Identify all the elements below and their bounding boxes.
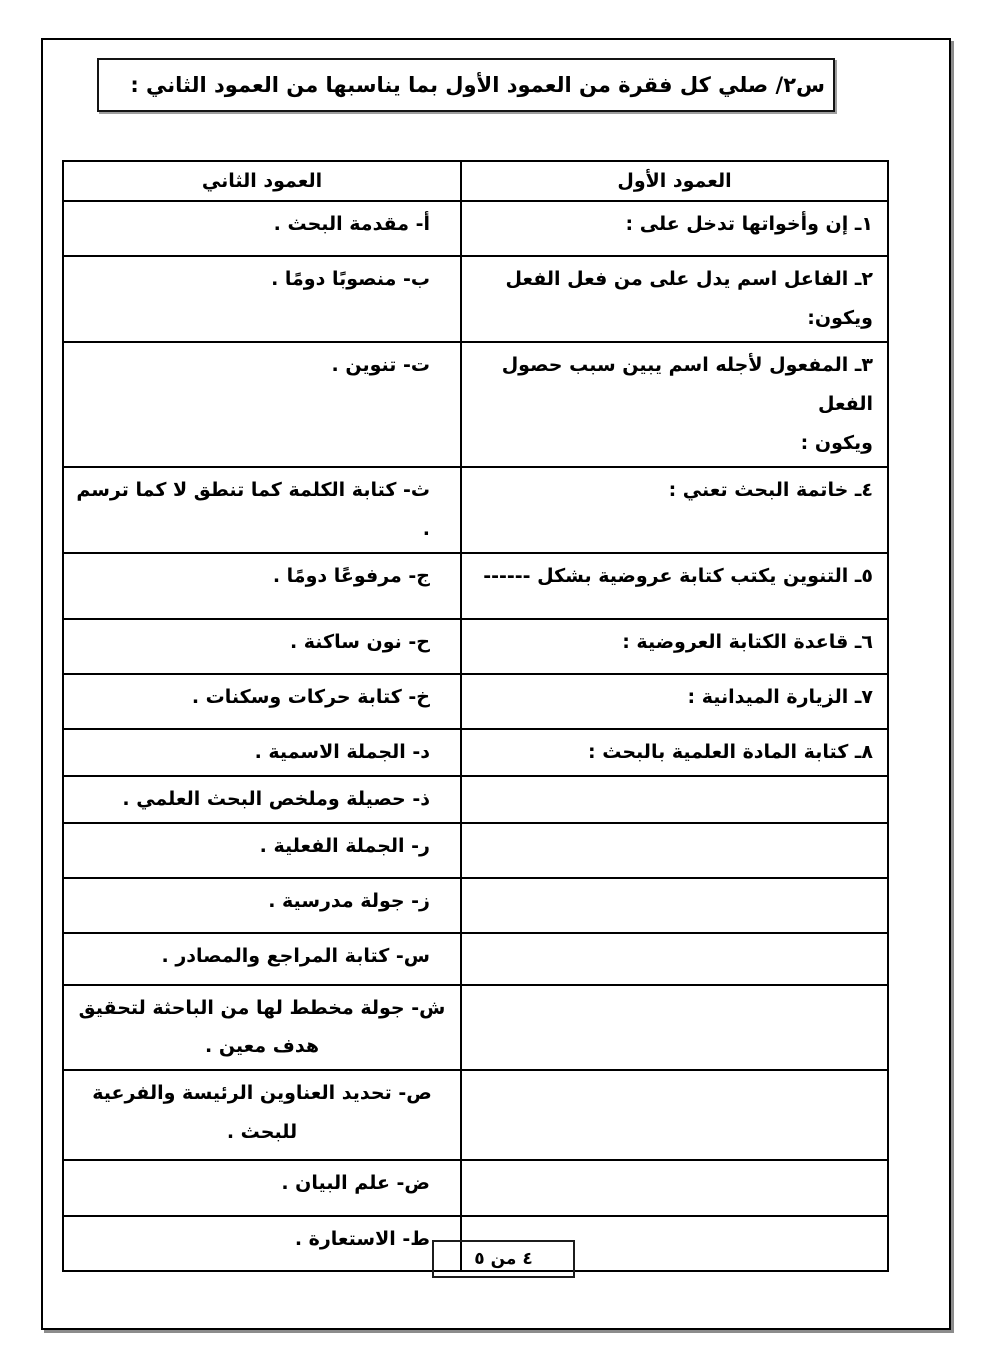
page-number: ٤ من ٥ bbox=[474, 1249, 532, 1269]
table-row: ٣ـ المفعول لأجله اسم يبين سبب حصول الفعل… bbox=[63, 342, 888, 467]
second-column-cell: ح- نون ساكنة . bbox=[63, 619, 461, 674]
page-border: س٢/ صلي كل فقرة من العمود الأول بما يناس… bbox=[41, 38, 951, 1330]
document-page: س٢/ صلي كل فقرة من العمود الأول بما يناس… bbox=[0, 0, 992, 1370]
first-column-cell bbox=[461, 985, 888, 1071]
table-row: ش- جولة مخطط لها من الباحثة لتحقيق هدف م… bbox=[63, 985, 888, 1071]
question-title: س٢/ صلي كل فقرة من العمود الأول بما يناس… bbox=[130, 73, 825, 97]
second-column-cell: ش- جولة مخطط لها من الباحثة لتحقيق هدف م… bbox=[63, 985, 461, 1071]
second-column-cell: ص- تحديد العناوين الرئيسة والفرعية للبحث… bbox=[63, 1070, 461, 1160]
first-column-cell: ٤ـ خاتمة البحث تعني : bbox=[461, 467, 888, 553]
second-column-cell: ط- الاستعارة . bbox=[63, 1216, 461, 1271]
first-column-header: العمود الأول bbox=[461, 161, 888, 201]
second-column-header: العمود الثاني bbox=[63, 161, 461, 201]
table-row: ٢ـ الفاعل اسم يدل على من فعل الفعل ويكون… bbox=[63, 256, 888, 342]
second-column-cell: د- الجملة الاسمية . bbox=[63, 729, 461, 776]
table-row: ٤ـ خاتمة البحث تعني : ث- كتابة الكلمة كم… bbox=[63, 467, 888, 553]
question-title-box: س٢/ صلي كل فقرة من العمود الأول بما يناس… bbox=[97, 58, 835, 112]
page-number-box: ٤ من ٥ bbox=[432, 1240, 575, 1278]
first-column-cell bbox=[461, 1160, 888, 1216]
first-column-cell: ٨ـ كتابة المادة العلمية بالبحث : bbox=[461, 729, 888, 776]
first-column-cell bbox=[461, 776, 888, 823]
table-row: ١ـ إن وأخواتها تدخل على : أ- مقدمة البحث… bbox=[63, 201, 888, 256]
table-header-row: العمود الأول العمود الثاني bbox=[63, 161, 888, 201]
first-column-cell: ٣ـ المفعول لأجله اسم يبين سبب حصول الفعل… bbox=[461, 342, 888, 467]
table-row: ز- جولة مدرسية . bbox=[63, 878, 888, 933]
second-column-cell: ز- جولة مدرسية . bbox=[63, 878, 461, 933]
table-row: ٦ـ قاعدة الكتابة العروضية : ح- نون ساكنة… bbox=[63, 619, 888, 674]
first-column-cell bbox=[461, 878, 888, 933]
second-column-cell: ر- الجملة الفعلية . bbox=[63, 823, 461, 878]
first-column-cell: ٧ـ الزيارة الميدانية : bbox=[461, 674, 888, 729]
table-row: ٧ـ الزيارة الميدانية : خ- كتابة حركات وس… bbox=[63, 674, 888, 729]
table-row: ص- تحديد العناوين الرئيسة والفرعية للبحث… bbox=[63, 1070, 888, 1160]
second-column-cell: ث- كتابة الكلمة كما تنطق لا كما ترسم . bbox=[63, 467, 461, 553]
table-row: ذ- حصيلة وملخص البحث العلمي . bbox=[63, 776, 888, 823]
table-row: ٨ـ كتابة المادة العلمية بالبحث : د- الجم… bbox=[63, 729, 888, 776]
first-column-cell: ٦ـ قاعدة الكتابة العروضية : bbox=[461, 619, 888, 674]
second-column-cell: ت- تنوين . bbox=[63, 342, 461, 467]
first-column-cell bbox=[461, 933, 888, 985]
table-row: س- كتابة المراجع والمصادر . bbox=[63, 933, 888, 985]
second-column-cell: س- كتابة المراجع والمصادر . bbox=[63, 933, 461, 985]
first-column-cell: ٢ـ الفاعل اسم يدل على من فعل الفعل ويكون… bbox=[461, 256, 888, 342]
table-row: ر- الجملة الفعلية . bbox=[63, 823, 888, 878]
first-column-cell: ١ـ إن وأخواتها تدخل على : bbox=[461, 201, 888, 256]
first-column-cell bbox=[461, 823, 888, 878]
table-row: ض- علم البيان . bbox=[63, 1160, 888, 1216]
first-column-cell: ٥ـ التنوين يكتب كتابة عروضية بشكل ------ bbox=[461, 553, 888, 619]
second-column-cell: ج- مرفوعًا دومًا . bbox=[63, 553, 461, 619]
first-column-cell bbox=[461, 1070, 888, 1160]
second-column-cell: ب- منصوبًا دومًا . bbox=[63, 256, 461, 342]
second-column-cell: خ- كتابة حركات وسكنات . bbox=[63, 674, 461, 729]
matching-table: العمود الأول العمود الثاني ١ـ إن وأخواته… bbox=[62, 160, 889, 1272]
second-column-cell: أ- مقدمة البحث . bbox=[63, 201, 461, 256]
table-row: ٥ـ التنوين يكتب كتابة عروضية بشكل ------… bbox=[63, 553, 888, 619]
second-column-cell: ض- علم البيان . bbox=[63, 1160, 461, 1216]
second-column-cell: ذ- حصيلة وملخص البحث العلمي . bbox=[63, 776, 461, 823]
